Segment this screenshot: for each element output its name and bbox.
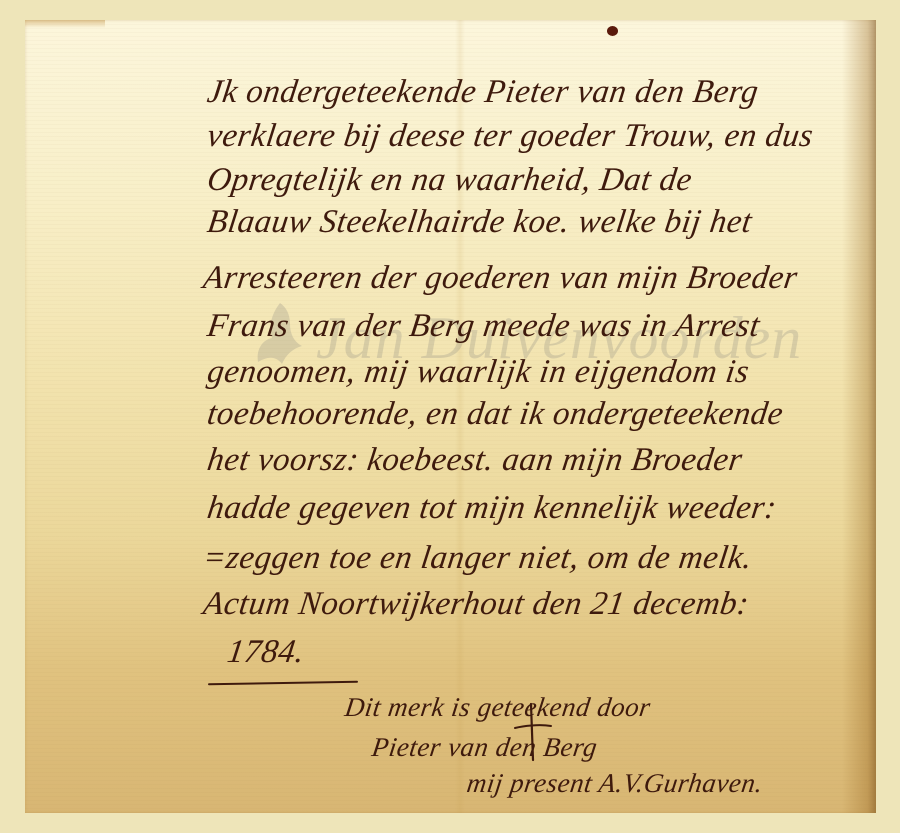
- body-line-7: genoomen, mij waarlijk in eijgendom is: [205, 354, 752, 390]
- closing-underline: [208, 681, 358, 686]
- body-line-8: toebehoorende, en dat ik ondergeteekende: [205, 396, 786, 432]
- body-line-2: verklaere bij deese ter goeder Trouw, en…: [205, 118, 816, 154]
- body-line-1: Jk ondergeteekende Pieter van den Berg: [205, 74, 761, 110]
- body-line-4: Blaauw Steekelhairde koe. welke bij het: [205, 204, 754, 240]
- paper-stain: [25, 20, 105, 28]
- date-year: 1784.: [225, 634, 307, 670]
- attestation-line-1: Dit merk is geteekend door: [343, 692, 653, 722]
- attestation-line-2: Pieter van den Berg: [370, 732, 599, 762]
- signatory-cross-mark: [513, 702, 553, 762]
- manuscript-page: Jan Duivenvoorden Jk ondergeteekende Pie…: [25, 20, 876, 813]
- body-line-3: Opregtelijk en na waarheid, Dat de: [205, 162, 694, 198]
- attestation-line-3: mij present A.V.Gurhaven.: [465, 768, 765, 798]
- body-line-6: Frans van der Berg meede was in Arrest: [205, 308, 762, 344]
- ink-blot: [607, 26, 618, 36]
- photo-frame: Jan Duivenvoorden Jk ondergeteekende Pie…: [0, 0, 900, 833]
- body-line-11: =zeggen toe en langer niet, om de melk.: [201, 540, 755, 576]
- body-line-5: Arresteeren der goederen van mijn Broede…: [201, 260, 800, 296]
- body-line-10: hadde gegeven tot mijn kennelijk weeder:: [205, 490, 779, 526]
- body-line-9: het voorsz: koebeest. aan mijn Broeder: [205, 442, 745, 478]
- body-line-12: Actum Noortwijkerhout den 21 decemb:: [201, 586, 751, 622]
